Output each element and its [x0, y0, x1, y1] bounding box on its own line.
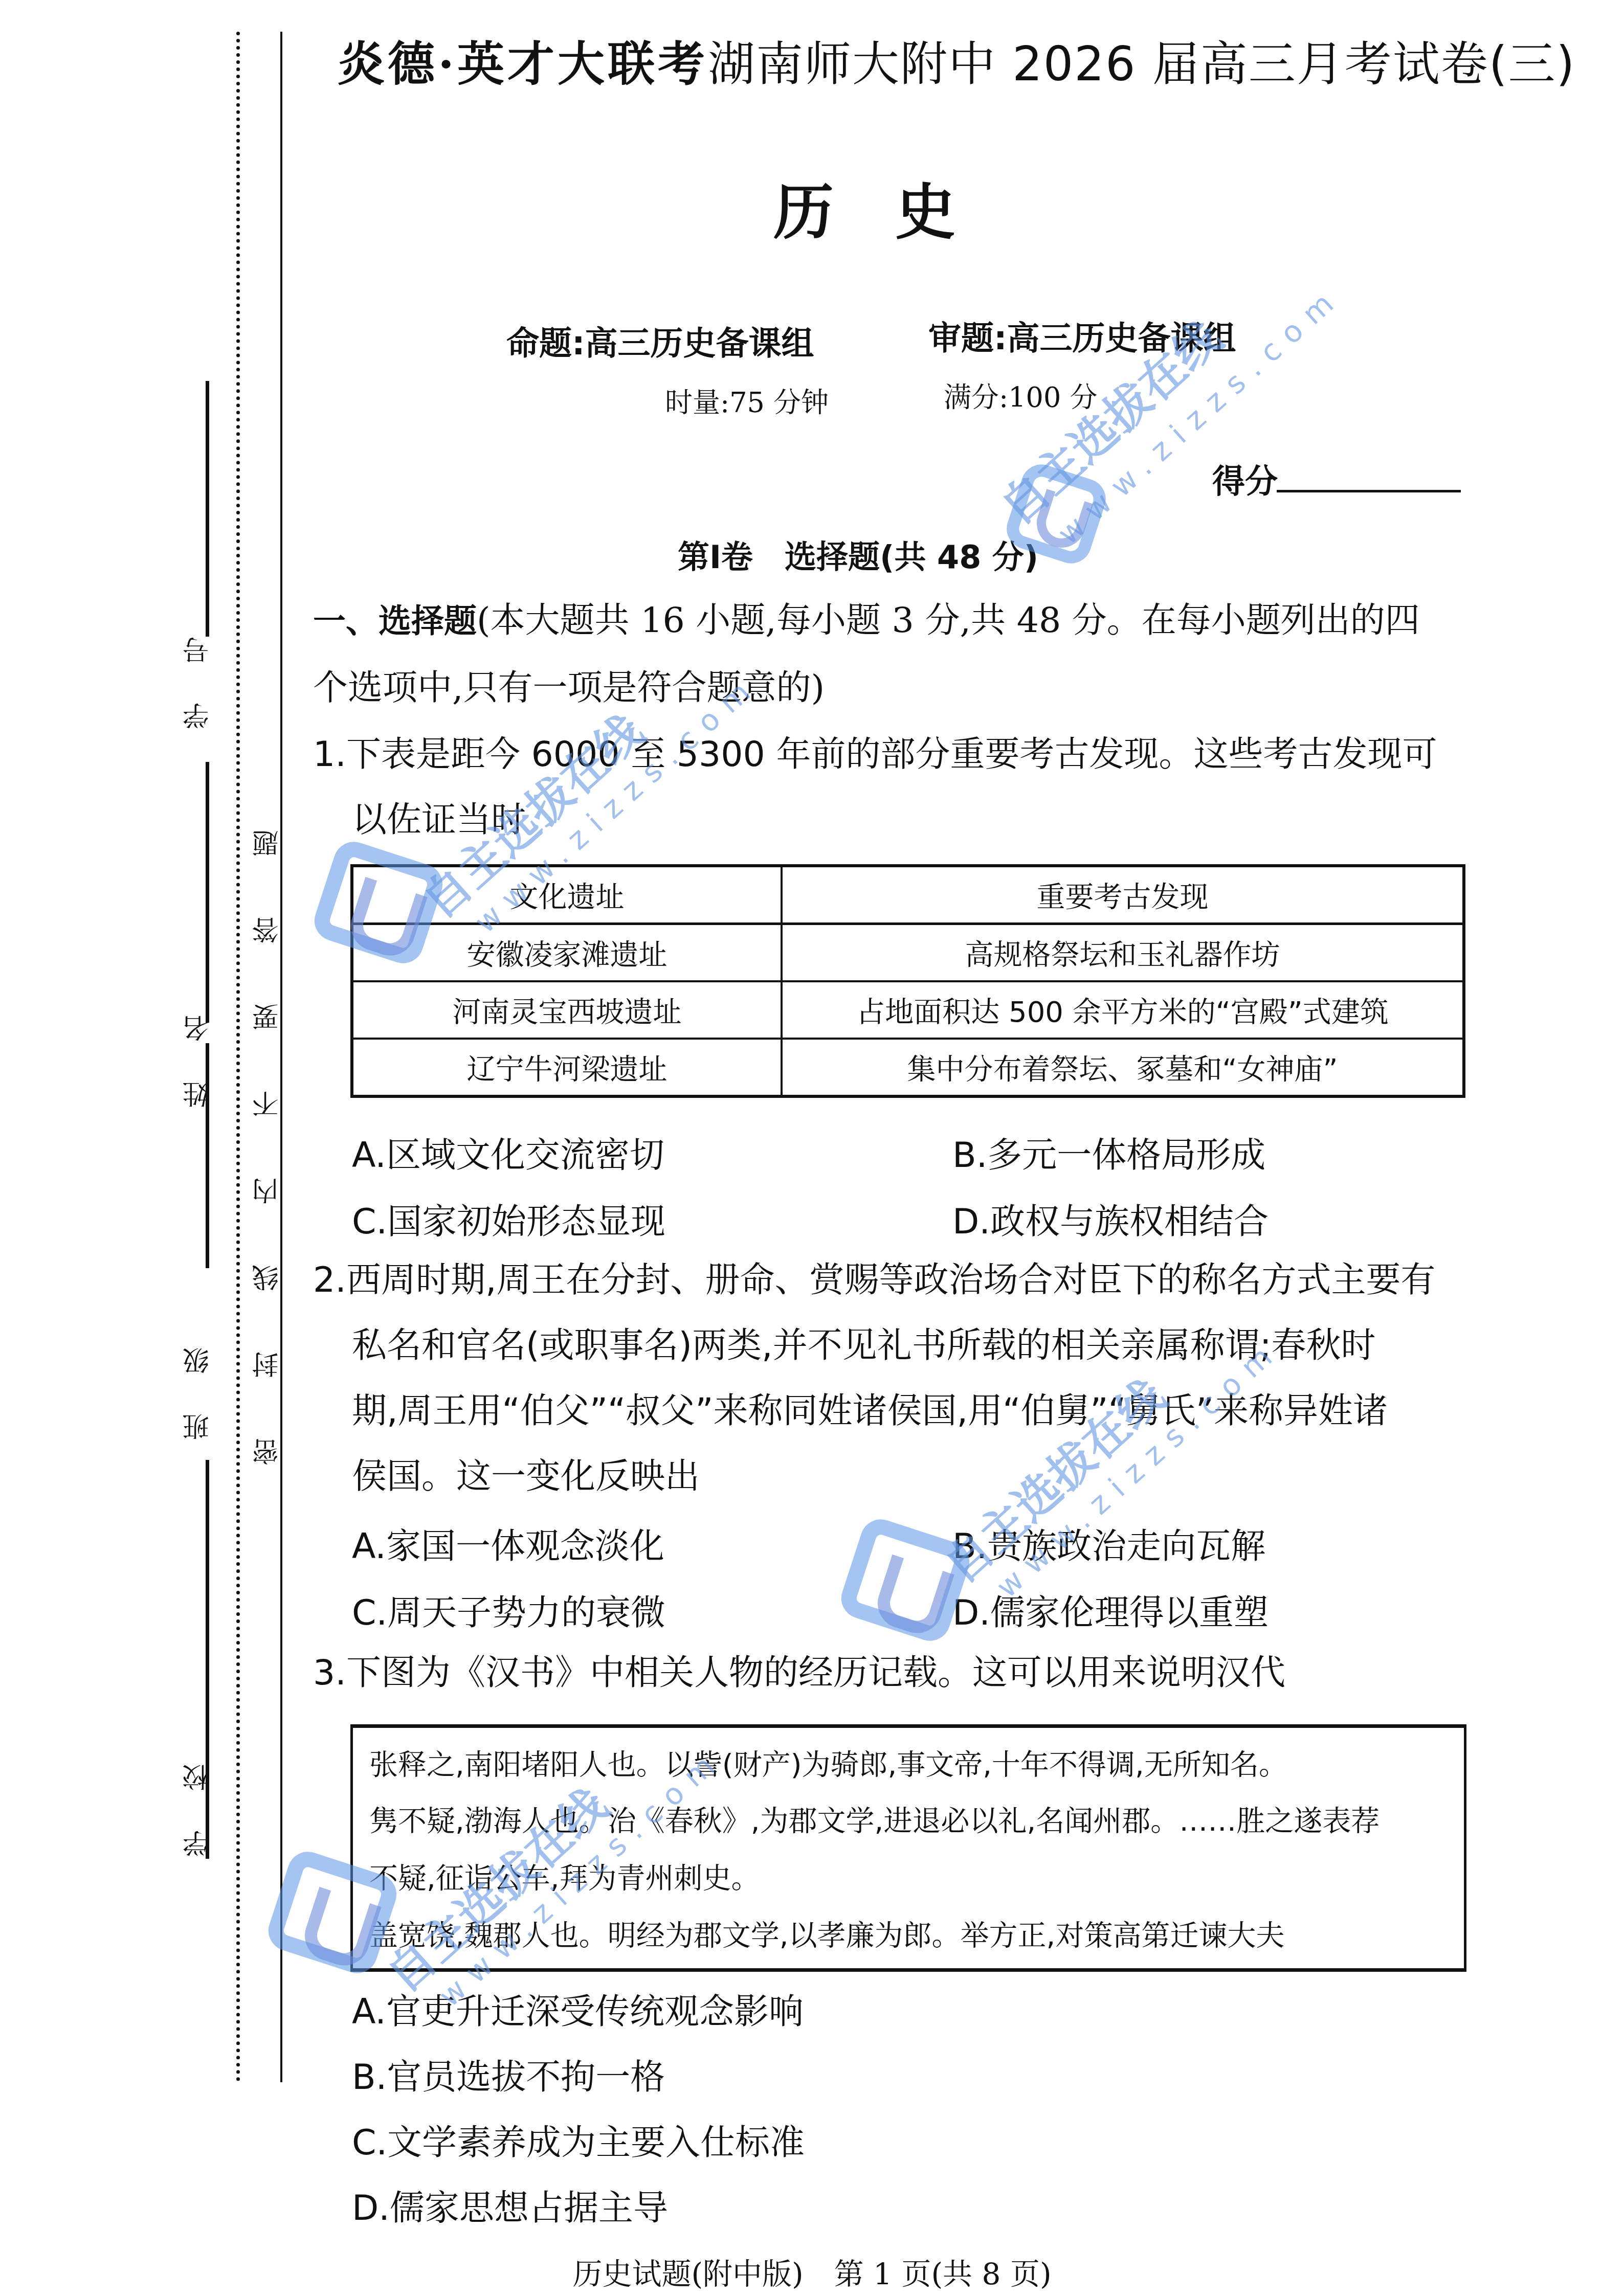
table-row: 河南灵宝西坡遗址 占地面积达 500 余平方米的“宫殿”式建筑 — [352, 981, 1464, 1039]
part-instructions-line1: (本大题共 16 小题,每小题 3 分,共 48 分。在每小题列出的四 — [477, 600, 1420, 641]
q1-stem-line1: 下表是距今 6000 至 5300 年前的部分重要考古发现。这些考古发现可 — [346, 734, 1437, 775]
seal-line-warning: 密封线内不要答题 — [249, 739, 287, 1465]
q2-option-a[interactable]: A.家国一体观念淡化 — [352, 1519, 664, 1568]
q1-option-c[interactable]: C.国家初始形态显现 — [352, 1194, 665, 1244]
q2-option-c[interactable]: C.周天子势力的衰微 — [352, 1585, 665, 1635]
table-cell-discovery: 集中分布着祭坛、冢墓和“女神庙” — [782, 1039, 1464, 1096]
excerpt-line: 张释之,南阳堵阳人也。以訾(财产)为骑郎,事文帝,十年不得调,无所知名。 — [369, 1742, 1287, 1783]
q1-stem: 1.下表是距今 6000 至 5300 年前的部分重要考古发现。这些考古发现可 — [313, 722, 1437, 787]
footer-exam-name: 历史试题(附中版) — [572, 2257, 803, 2291]
class-label: 班 级 — [179, 1332, 217, 1440]
table-row: 安徽凌家滩遗址 高规格祭坛和玉礼器作坊 — [352, 924, 1464, 982]
q2-stem-line1: 西周时期,周王在分封、册命、赏赐等政治场合对臣下的称名方式主要有 — [346, 1260, 1436, 1300]
student-id-label: 学 号 — [179, 621, 217, 729]
exam-school-title: 湖南师大附中 2026 届高三月考试卷(三) — [708, 37, 1575, 92]
q2-stem-line4: 侯国。这一变化反映出 — [352, 1444, 700, 1510]
q3-option-c[interactable]: C.文学素养成为主要入仕标准 — [352, 2115, 805, 2165]
school-label: 学 校 — [179, 1749, 217, 1857]
table-row: 辽宁牛河梁遗址 集中分布着祭坛、冢墓和“女神庙” — [352, 1039, 1464, 1096]
student-id-blank[interactable] — [206, 381, 209, 637]
volume-title: 第Ⅰ卷 选择题(共 48 分) — [678, 532, 1038, 577]
q3-stem: 3.下图为《汉书》中相关人物的经历记载。这可以用来说明汉代 — [313, 1640, 1285, 1706]
q2-stem: 2.西周时期,周王在分封、册命、赏赐等政治场合对臣下的称名方式主要有 — [313, 1248, 1436, 1313]
score-label: 得分 — [1212, 455, 1278, 502]
footer-page-number: 第 1 页(共 8 页) — [834, 2257, 1052, 2291]
exam-duration: 时量:75 分钟 — [665, 381, 829, 420]
part-title: 一、选择题 — [313, 602, 477, 640]
score-input-line[interactable] — [1277, 490, 1461, 492]
q3-option-d[interactable]: D.儒家思想占据主导 — [352, 2180, 668, 2230]
binding-dotted-line — [236, 32, 240, 2082]
q2-option-d[interactable]: D.儒家伦理得以重塑 — [952, 1585, 1269, 1635]
subject-title: 历史 — [742, 164, 1049, 251]
q1-number: 1. — [313, 734, 346, 775]
q2-number: 2. — [313, 1260, 346, 1300]
table-cell-site: 辽宁牛河梁遗址 — [352, 1039, 782, 1096]
class-blank[interactable] — [206, 1043, 209, 1268]
name-blank[interactable] — [206, 762, 209, 1023]
q1-option-a[interactable]: A.区域文化交流密切 — [352, 1128, 664, 1177]
q3-option-b[interactable]: B.官员选拔不拘一格 — [352, 2050, 665, 2099]
question-setter: 命题:高三历史备课组 — [506, 317, 814, 364]
part-instructions: 一、选择题(本大题共 16 小题,每小题 3 分,共 48 分。在每小题列出的四 — [313, 588, 1420, 654]
name-label: 姓 名 — [179, 1000, 217, 1108]
q1-option-b[interactable]: B.多元一体格局形成 — [952, 1128, 1265, 1177]
q3-stem-line1: 下图为《汉书》中相关人物的经历记载。这可以用来说明汉代 — [346, 1653, 1285, 1693]
q3-number: 3. — [313, 1653, 346, 1693]
table-cell-discovery: 占地面积达 500 余平方米的“宫殿”式建筑 — [782, 981, 1464, 1039]
table-cell-site: 河南灵宝西坡遗址 — [352, 981, 782, 1039]
table-cell-discovery: 高规格祭坛和玉礼器作坊 — [782, 924, 1464, 982]
exam-title: 炎德·英才大联考湖南师大附中 2026 届高三月考试卷(三) — [338, 27, 1468, 94]
exam-brand: 炎德·英才大联考 — [338, 36, 708, 92]
q1-option-d[interactable]: D.政权与族权相结合 — [952, 1194, 1269, 1244]
table-header-cell: 重要考古发现 — [782, 866, 1464, 924]
page-footer: 历史试题(附中版)第 1 页(共 8 页) — [0, 2250, 1624, 2293]
